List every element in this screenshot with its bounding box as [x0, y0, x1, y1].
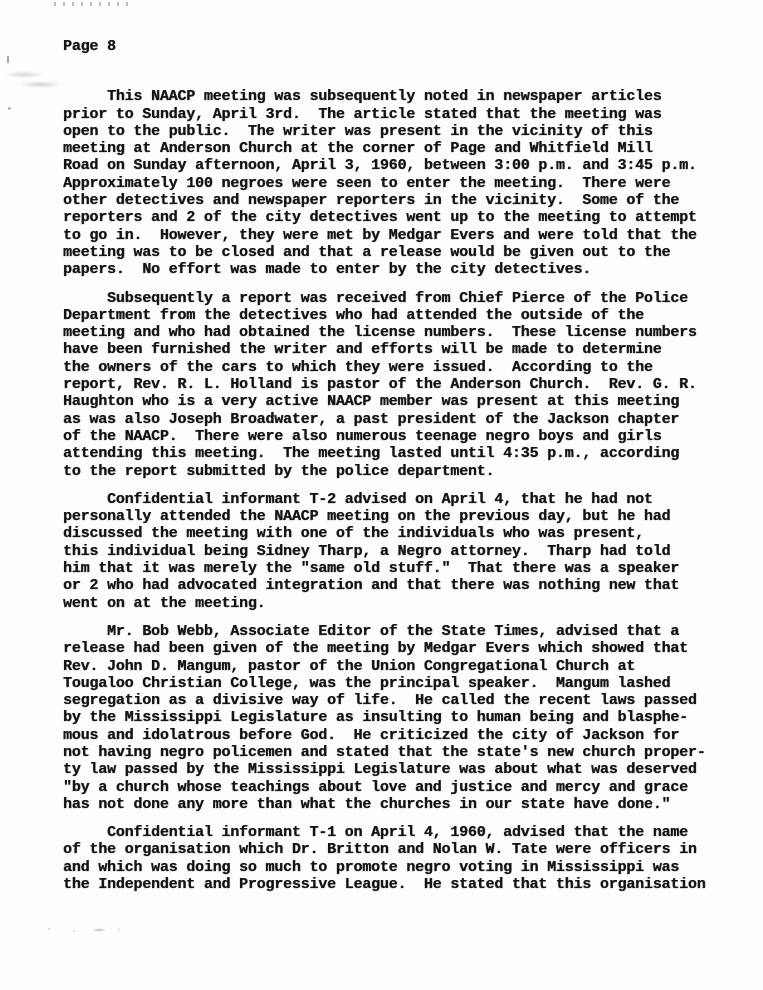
paragraph-informant-t1: Confidential informant T-1 on April 4, 1…: [63, 824, 763, 893]
scan-artifact-smudge: [5, 68, 69, 90]
scan-artifact-dot: [8, 107, 11, 110]
paragraph-bob-webb-release: Mr. Bob Webb, Associate Editor of the St…: [63, 623, 763, 813]
scan-artifact-top-dots: [54, 2, 132, 6]
page-number: Page 8: [63, 38, 763, 55]
document-page: Page 8 This NAACP meeting was subsequent…: [0, 0, 763, 990]
paragraph-police-report-license-numbers: Subsequently a report was received from …: [63, 290, 763, 480]
paragraph-naacp-meeting-newspaper: This NAACP meeting was subsequently note…: [63, 88, 763, 278]
scan-artifact-bottom-specks: [38, 925, 128, 935]
paragraph-informant-t2: Confidential informant T-2 advised on Ap…: [63, 491, 763, 612]
scan-artifact-left-tick: [7, 56, 9, 63]
